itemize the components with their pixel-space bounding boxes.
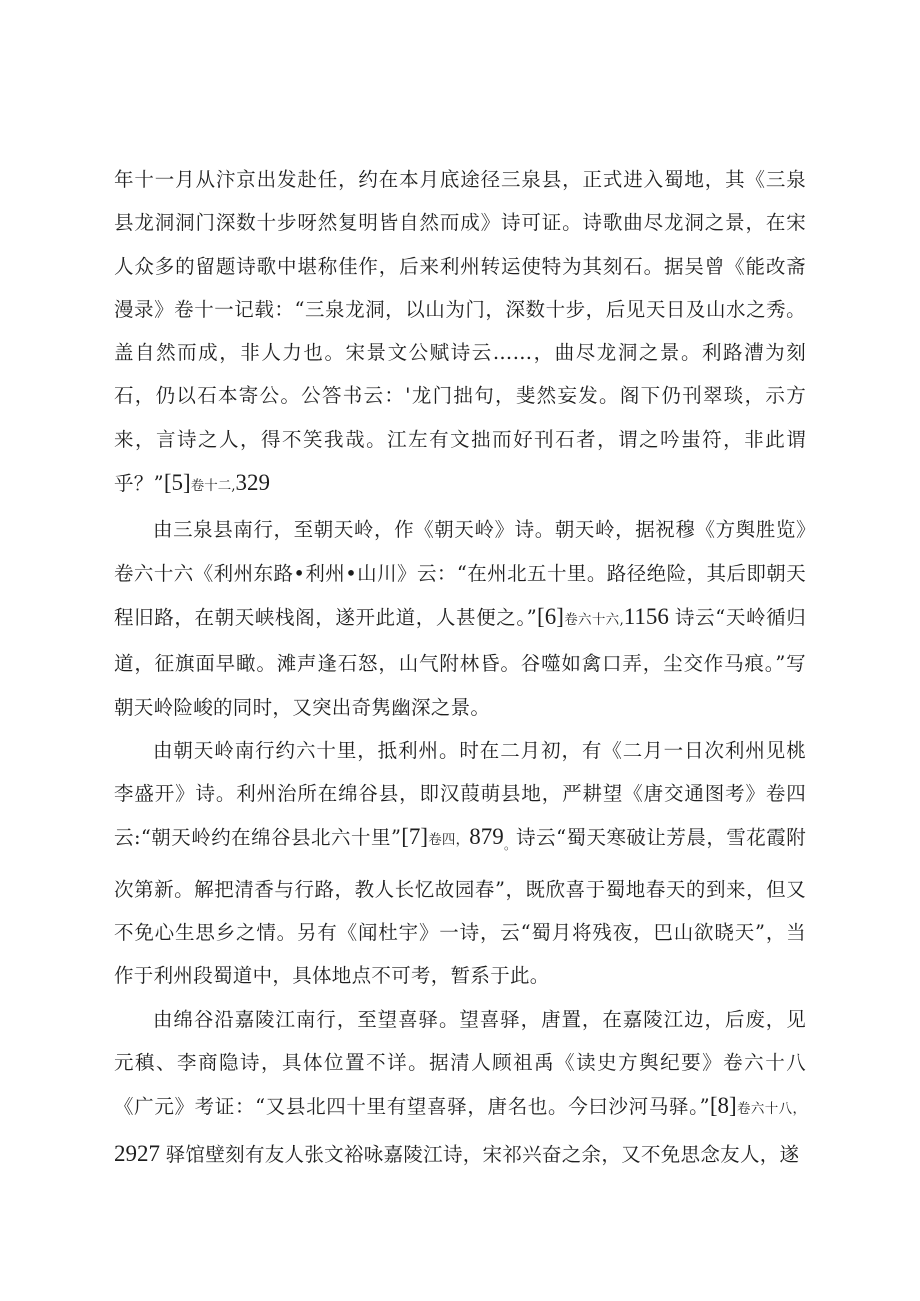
document-page: 年十一月从汴京出发赴任，约在本月底途径三泉县，正式进入蜀地，其《三泉县龙洞洞门深…	[0, 0, 920, 1301]
citation-bracket: [5]	[164, 470, 191, 495]
citation-locator: 卷四，	[428, 832, 469, 848]
citation-locator: 卷六十六,	[564, 612, 624, 628]
citation-bracket: [7]	[401, 824, 428, 849]
body-text: 年十一月从汴京出发赴任，约在本月底途径三泉县，正式进入蜀地，其《三泉县龙洞洞门深…	[114, 168, 806, 495]
paragraph: 年十一月从汴京出发赴任，约在本月底途径三泉县，正式进入蜀地，其《三泉县龙洞洞门深…	[114, 158, 806, 508]
citation-locator: 卷六十八，	[737, 1101, 806, 1117]
citation-locator: 卷十二,	[191, 478, 236, 494]
paragraph: 由朝天岭南行约六十里，抵利州。时在二月初，有《二月一日次利州见桃李盛开》诗。利州…	[114, 729, 806, 998]
paragraph: 由三泉县南行，至朝天岭，作《朝天岭》诗。朝天岭，据祝穆《方舆胜览》卷六十六《利州…	[114, 508, 806, 728]
paragraph: 由绵谷沿嘉陵江南行，至望喜驿。望喜驿，唐置，在嘉陵江边，后废，见元稹、李商隐诗，…	[114, 998, 806, 1176]
citation-bracket: [8]	[710, 1093, 737, 1118]
text-body: 年十一月从汴京出发赴任，约在本月底途径三泉县，正式进入蜀地，其《三泉县龙洞洞门深…	[114, 158, 806, 1176]
body-text: 驿馆壁刻有友人张文裕咏嘉陵江诗，宋祁兴奋之余，又不免思念友人，遂	[166, 1143, 800, 1166]
citation-bracket: [6]	[537, 604, 564, 629]
citation-page-number: 1156	[624, 604, 675, 629]
citation-page-number: 879	[469, 824, 504, 849]
citation-page-number: 2927	[114, 1141, 166, 1166]
citation-period: 。	[504, 838, 516, 852]
citation-page-number: 329	[236, 470, 271, 495]
body-text: 由绵谷沿嘉陵江南行，至望喜驿。望喜驿，唐置，在嘉陵江边，后废，见元稹、李商隐诗，…	[114, 1008, 806, 1119]
body-text: 诗云“蜀天寒破让芳晨，雪花霞附次第新。解把清香与行路，教人长忆故园春”，既欣喜于…	[114, 826, 806, 987]
